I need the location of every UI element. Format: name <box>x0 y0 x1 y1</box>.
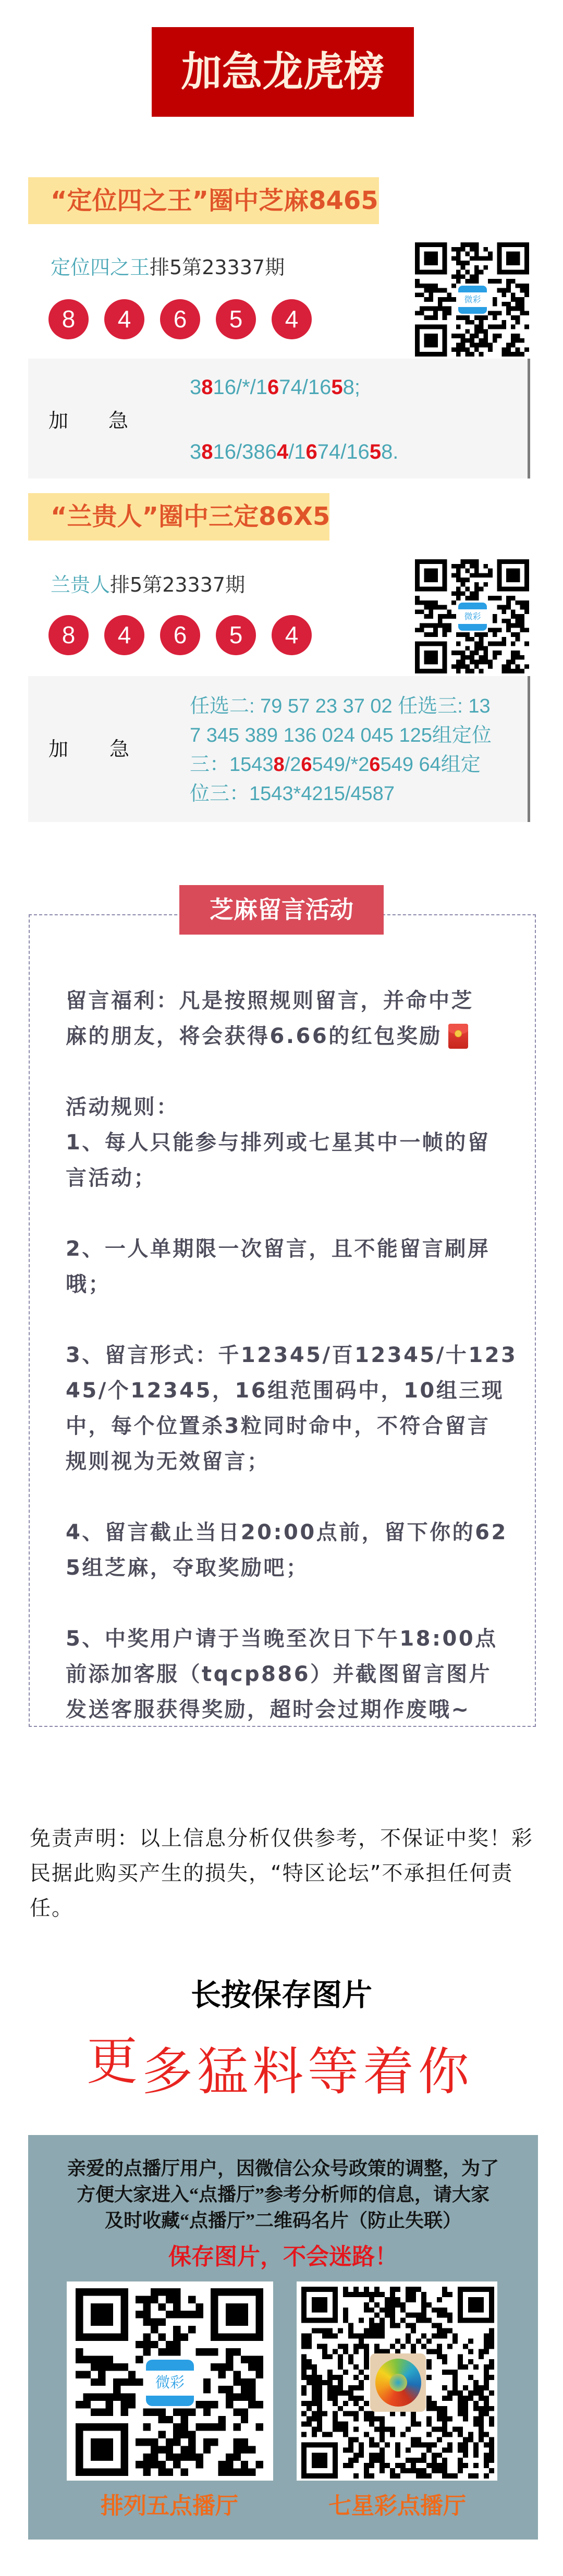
picks-label: 加 <box>48 739 68 759</box>
issue-number: 排5第23337期 <box>110 574 245 595</box>
highlighted-digit: 8 <box>201 376 213 399</box>
paragraph-spacer <box>66 1479 530 1515</box>
activity-title: 芝麻留言活动 <box>179 885 384 935</box>
activity-text: 发送客服获得奖励，超时会过期作废哦~ <box>66 1692 471 1727</box>
pick-segment: 3 <box>190 376 201 399</box>
card-label: 排列五点播厅 <box>65 2494 274 2519</box>
activity-text: 5组芝麻，夺取奖励吧； <box>66 1550 309 1586</box>
activity-text: 留言福利：凡是按照规则留言，并命中芝 <box>66 983 474 1019</box>
issue-number: 排5第23337期 <box>150 257 285 278</box>
expert-name: 定位四之王 <box>51 257 150 278</box>
picks-label: 急 <box>108 410 128 431</box>
disclaimer-line: 任。 <box>30 1891 533 1926</box>
number-ball: 4 <box>272 615 312 655</box>
activity-text: 4、留言截止当日20:00点前，留下你的62 <box>66 1515 508 1550</box>
pick-line: 3816/3864/1674/1658. <box>190 440 398 463</box>
more-tips-char: 更 <box>87 2035 142 2088</box>
activity-line: 发送客服获得奖励，超时会过期作废哦~ <box>66 1692 530 1727</box>
pick-segment: 位三：1543*4215/4587 <box>190 779 395 808</box>
activity-text: 言活动； <box>66 1160 156 1196</box>
disclaimer-line: 民据此购买产生的损失，“特区论坛”不承担任何责 <box>30 1856 533 1891</box>
activity-line: 4、留言截止当日20:00点前，留下你的62 <box>66 1515 530 1550</box>
pick-segment: 3 <box>190 440 201 463</box>
slogan: 保存图片，不会迷路！ <box>28 2244 538 2270</box>
pick-line: 三：15438/26549/*26549 64组定 <box>190 750 492 779</box>
paragraph-spacer <box>66 1302 530 1338</box>
activity-line: 1、每人只能参与排列或七星其中一帧的留 <box>66 1125 530 1160</box>
save-image-prompt: 长按保存图片 <box>0 1979 563 2010</box>
highlighted-digit: 5 <box>370 440 381 463</box>
page-title: 加急龙虎榜 <box>152 27 414 117</box>
activity-line: 前添加客服（tqcp886）并截图留言图片 <box>66 1657 530 1692</box>
number-ball: 5 <box>216 299 256 339</box>
banner-title: “定位四之王”圈中芝麻8465 <box>51 177 379 224</box>
more-tips-char: 料 <box>252 2046 308 2098</box>
highlighted-digit: 8 <box>274 750 285 779</box>
notice-line: 亲爱的点播厅用户，因微信公众号政策的调整，为了 <box>28 2155 538 2181</box>
pick-segment: 三：1543 <box>190 750 274 779</box>
number-ball: 8 <box>48 615 89 655</box>
logo-text: 微彩 <box>146 2371 194 2396</box>
more-tips-char: 着 <box>363 2046 418 2098</box>
activity-text: 45/个12345，16组范围码中，10组三现 <box>66 1373 504 1408</box>
notice-line: 及时收藏“点播厅”二维码名片（防止失联） <box>28 2207 538 2234</box>
activity-line: 麻的朋友，将会获得6.66的红包奖励 <box>66 1019 530 1054</box>
card-label: 七星彩点播厅 <box>293 2494 501 2519</box>
highlighted-digit: 6 <box>301 750 312 779</box>
activity-line: 5组芝麻，夺取奖励吧； <box>66 1550 530 1586</box>
activity-text: 3、留言形式：千12345/百12345/十123 <box>66 1338 517 1373</box>
activity-rules: 留言福利：凡是按照规则留言，并命中芝 麻的朋友，将会获得6.66的红包奖励 活动… <box>66 983 530 1727</box>
pick-segment: 7 345 389 136 024 045 125组定位 <box>190 721 492 750</box>
notice-line: 方便大家进入“点播厅”参考分析师的信息，请大家 <box>28 2181 538 2207</box>
pick-segment: 8. <box>381 440 398 463</box>
highlighted-digit: 8 <box>201 440 213 463</box>
pick-segment: 16/*/1 <box>213 376 268 399</box>
picks-box-scrollbar <box>528 359 530 479</box>
activity-line: 哦； <box>66 1267 530 1302</box>
red-envelope-icon <box>448 1024 468 1049</box>
number-ball: 4 <box>104 615 144 655</box>
activity-line: 3、留言形式：千12345/百12345/十123 <box>66 1338 530 1373</box>
logo-text: 微彩 <box>458 292 487 307</box>
issue-subtitle: 兰贵人排5第23337期 <box>51 574 245 595</box>
number-ball: 5 <box>216 615 256 655</box>
highlighted-digit: 5 <box>331 376 342 399</box>
weicai-logo-icon: 微彩 <box>458 603 487 631</box>
issue-subtitle: 定位四之王排5第23337期 <box>51 257 285 278</box>
activity-text: 1、每人只能参与排列或七星其中一帧的留 <box>66 1125 490 1160</box>
weicai-logo-icon: 微彩 <box>458 286 487 314</box>
activity-text: 麻的朋友，将会获得6.66的红包奖励 <box>66 1019 442 1054</box>
qr-code[interactable]: 微彩 <box>415 242 529 357</box>
number-ball: 4 <box>104 299 144 339</box>
notice-text: 亲爱的点播厅用户，因微信公众号政策的调整，为了 方便大家进入“点播厅”参考分析师… <box>28 2155 538 2234</box>
highlighted-digit: 6 <box>267 376 279 399</box>
activity-text: 2、一人单期限一次留言，且不能留言刷屏 <box>66 1231 490 1267</box>
activity-text: 中，每个位置杀3粒同时命中，不符合留言 <box>66 1408 490 1444</box>
paragraph-spacer <box>66 1054 530 1089</box>
number-ball: 6 <box>160 615 200 655</box>
activity-header: 芝麻留言活动 <box>179 885 384 935</box>
colorful-swirl-logo-icon <box>370 2353 426 2412</box>
pick-segment: 549/*2 <box>312 750 370 779</box>
draw-balls: 8 4 6 5 4 <box>48 299 312 339</box>
section-banner: “兰贵人”圈中三定86X5 <box>28 493 329 541</box>
pick-segment: 任选二: 79 57 23 37 02 任选三: 13 <box>190 692 491 721</box>
banner-title: “兰贵人”圈中三定86X5 <box>51 493 329 541</box>
more-tips-heading: 更 多 猛 料 等 着 你 <box>87 2046 473 2098</box>
activity-line: 活动规则： <box>66 1089 530 1125</box>
activity-line: 2、一人单期限一次留言，且不能留言刷屏 <box>66 1231 530 1267</box>
activity-text: 哦； <box>66 1267 111 1302</box>
page-title-box: 加急龙虎榜 <box>152 27 414 117</box>
highlighted-digit: 6 <box>369 750 380 779</box>
swirl-core <box>389 2374 407 2391</box>
section-banner: “定位四之王”圈中芝麻8465 <box>28 177 379 224</box>
picks-label: 加 <box>48 410 68 431</box>
activity-text: 5、中奖用户请于当晚至次日下午18:00点 <box>66 1621 498 1657</box>
qr-card-qixingcai[interactable] <box>297 2281 497 2481</box>
paragraph-spacer <box>66 1196 530 1231</box>
pick-segment: /1 <box>288 440 305 463</box>
qr-code[interactable]: 微彩 <box>415 559 529 673</box>
pick-line: 位三：1543*4215/4587 <box>190 779 492 808</box>
more-tips-char: 猛 <box>197 2046 252 2098</box>
paragraph-spacer <box>66 1586 530 1621</box>
pick-line: 任选二: 79 57 23 37 02 任选三: 13 <box>190 692 492 721</box>
number-ball: 8 <box>48 299 89 339</box>
disclaimer: 免责声明：以上信息分析仅供参考，不保证中奖！彩 民据此购买产生的损失，“特区论坛… <box>30 1821 533 1926</box>
more-tips-char: 等 <box>308 2046 363 2098</box>
number-ball: 4 <box>272 299 312 339</box>
activity-line: 言活动； <box>66 1160 530 1196</box>
number-ball: 6 <box>160 299 200 339</box>
pick-segment: 74/16 <box>317 440 370 463</box>
logo-text: 微彩 <box>458 609 487 624</box>
activity-text: 前添加客服（tqcp886）并截图留言图片 <box>66 1657 492 1692</box>
pick-segment: 74/16 <box>279 376 331 399</box>
expert-name: 兰贵人 <box>51 574 110 595</box>
pick-segment: 8; <box>343 376 360 399</box>
activity-line: 规则视为无效留言； <box>66 1444 530 1479</box>
activity-line: 5、中奖用户请于当晚至次日下午18:00点 <box>66 1621 530 1657</box>
more-tips-char: 你 <box>418 2046 473 2098</box>
qr-card-pailie5[interactable]: 微彩 <box>67 2281 273 2481</box>
activity-line: 中，每个位置杀3粒同时命中，不符合留言 <box>66 1408 530 1444</box>
qr-footer-banner: 亲爱的点播厅用户，因微信公众号政策的调整，为了 方便大家进入“点播厅”参考分析师… <box>28 2135 538 2540</box>
highlighted-digit: 6 <box>305 440 317 463</box>
pick-line: 3816/*/1674/1658; <box>190 376 360 399</box>
picks-box-scrollbar <box>528 676 530 822</box>
picks-label: 急 <box>109 739 129 759</box>
activity-line: 留言福利：凡是按照规则留言，并命中芝 <box>66 983 530 1019</box>
activity-text: 规则视为无效留言； <box>66 1444 270 1479</box>
disclaimer-line: 免责声明：以上信息分析仅供参考，不保证中奖！彩 <box>30 1821 533 1856</box>
weicai-logo-icon: 微彩 <box>146 2360 194 2406</box>
activity-text: 活动规则： <box>66 1089 179 1125</box>
picks-paragraph: 任选二: 79 57 23 37 02 任选三: 13 7 345 389 13… <box>190 692 492 808</box>
draw-balls: 8 4 6 5 4 <box>48 615 312 655</box>
highlighted-digit: 4 <box>277 440 288 463</box>
swirl-icon <box>375 2359 421 2407</box>
pick-segment: 549 64组定 <box>381 750 481 779</box>
activity-line: 45/个12345，16组范围码中，10组三现 <box>66 1373 530 1408</box>
pick-segment: 16/386 <box>213 440 277 463</box>
pick-segment: /2 <box>285 750 301 779</box>
envelope-coin <box>455 1030 462 1037</box>
pick-line: 7 345 389 136 024 045 125组定位 <box>190 721 492 750</box>
more-tips-char: 多 <box>142 2046 197 2098</box>
